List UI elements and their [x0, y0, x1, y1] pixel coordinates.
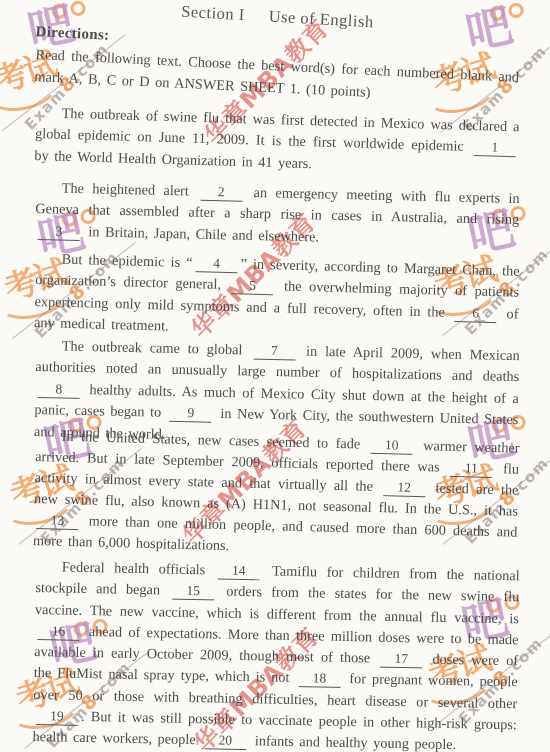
passage-paragraph-5: In the United States, new cases seemed t… — [33, 426, 520, 565]
blank-10: 10 — [370, 438, 412, 455]
blank-9: 9 — [170, 406, 212, 423]
blank-14: 14 — [218, 563, 260, 580]
title-gap — [244, 20, 268, 21]
blank-19: 19 — [36, 709, 78, 726]
blank-8: 8 — [38, 382, 80, 399]
passage-paragraph-1: The outbreak of swine flu that was first… — [34, 103, 520, 182]
blank-20: 20 — [204, 734, 246, 751]
directions-text: Read the following text. Choose the best… — [34, 45, 519, 111]
blank-1: 1 — [474, 140, 516, 157]
blank-15: 15 — [172, 584, 214, 601]
blank-18: 18 — [298, 672, 340, 689]
blank-13: 13 — [36, 513, 78, 530]
section-name: Use of English — [268, 7, 374, 32]
blank-12: 12 — [383, 480, 425, 497]
blank-6: 6 — [454, 306, 496, 323]
exam-content: Section IUse of English Directions: Read… — [36, 0, 520, 752]
passage-paragraph-3: But the epidemic is “4” in severity, acc… — [34, 249, 520, 347]
blank-4: 4 — [195, 256, 237, 273]
blank-7: 7 — [253, 344, 295, 361]
section-label: Section I — [181, 2, 246, 25]
passage-paragraph-2: The heightened alert 2 an emergency meet… — [35, 178, 520, 253]
blank-11: 11 — [450, 461, 492, 478]
blank-3: 3 — [38, 224, 80, 241]
blank-16: 16 — [37, 624, 79, 641]
directions-label: Directions: — [35, 24, 110, 45]
blank-2: 2 — [200, 185, 242, 202]
blank-17: 17 — [380, 652, 422, 669]
scanned-exam-page: 吧 考试 Exam8.com 吧 考试 Exam8.com 吧 考试 Exam8… — [0, 0, 550, 752]
passage-paragraph-6: Federal health officials 14 Tamiflu for … — [32, 557, 520, 752]
blank-5: 5 — [231, 279, 273, 296]
